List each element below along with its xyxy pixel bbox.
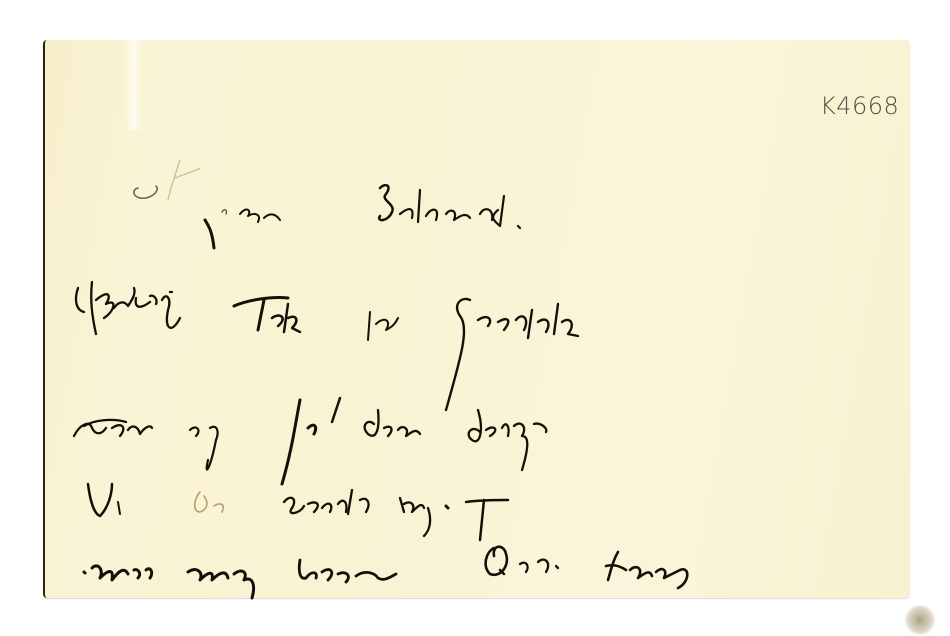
handwriting-line-4 [88, 484, 508, 540]
handwriting-line-3 [74, 398, 546, 484]
handwriting-line-1 [134, 160, 520, 248]
handwriting-line-2 [76, 282, 578, 410]
handwriting-strokes [0, 0, 950, 636]
handwriting-line-5 [84, 547, 687, 598]
